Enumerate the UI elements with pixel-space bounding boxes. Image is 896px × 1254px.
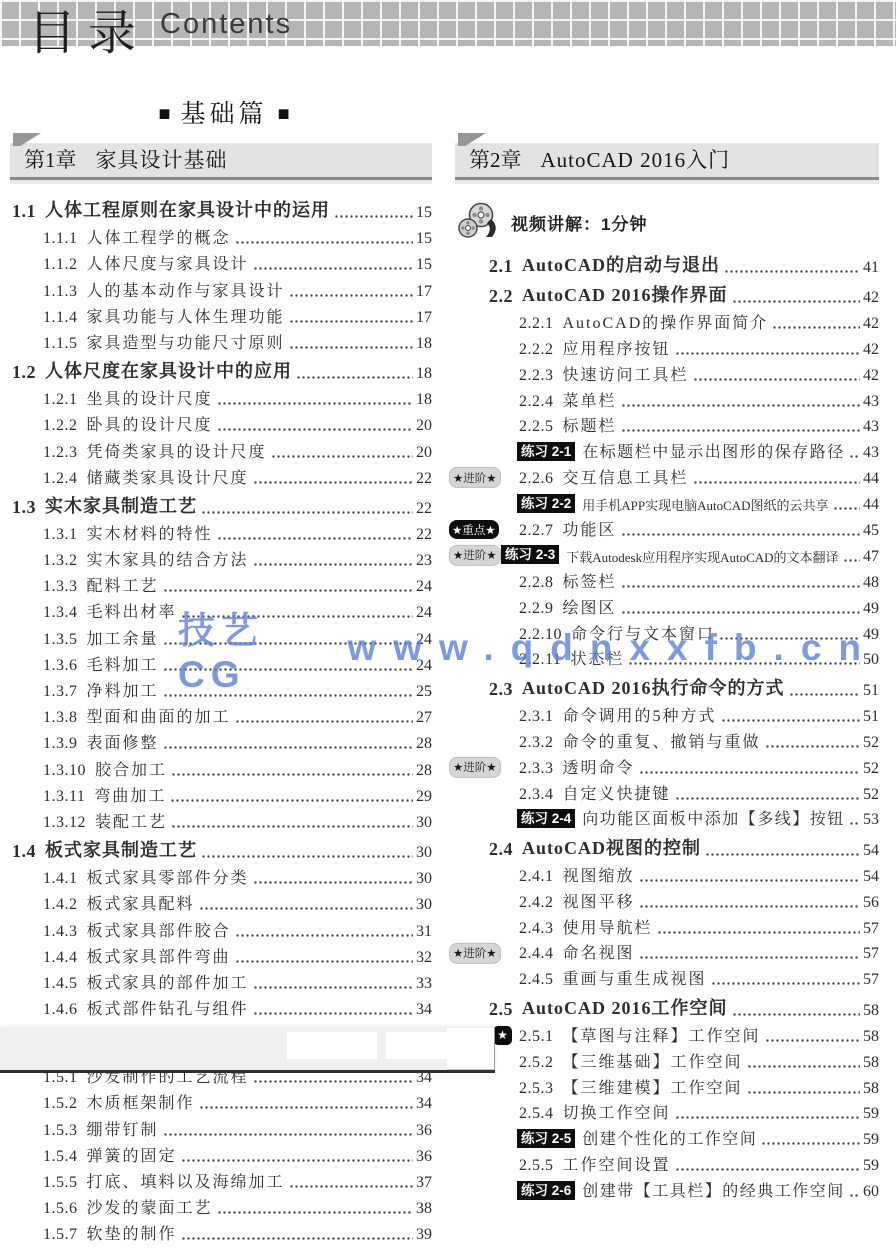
entry-title: 绷带钉制: [87, 1117, 159, 1140]
entry-title: 板式家具部件弯曲: [87, 944, 231, 967]
entry-number: 1.1.4: [43, 309, 78, 327]
toc-entry: 2.2.11状态栏50: [455, 648, 879, 674]
square-marker-right: ■: [278, 103, 290, 125]
entry-title: 实木材料的特性: [87, 521, 213, 544]
entry-number: 2.4.4: [519, 945, 554, 963]
dot-leader: [181, 1157, 413, 1163]
page-number: 32: [416, 949, 432, 967]
toc-entry: 1.5.5打底、填料以及海绵加工37: [10, 1170, 432, 1196]
dot-leader: [621, 402, 860, 408]
toc-entry: 2.2.10命令行与文本窗口49: [455, 622, 879, 648]
toc-entry: 1.4.2板式家具配料30: [10, 892, 432, 918]
page-number: 34: [416, 1001, 432, 1019]
dot-leader: [732, 298, 860, 304]
dot-leader: [170, 797, 413, 803]
dot-leader: [217, 400, 413, 406]
entry-number: 1.2.1: [43, 391, 78, 409]
toc-entry: 1.3.11弯曲加工29: [10, 784, 432, 810]
entry-title: 表面修整: [87, 730, 159, 753]
entry-number: 2.2.2: [519, 341, 554, 359]
advanced-badge: ★进阶★: [449, 942, 501, 963]
page-number: 18: [416, 365, 432, 383]
toc-entry: 1.3.12装配工艺30: [10, 810, 432, 836]
page-number: 24: [416, 657, 432, 675]
toc-entry: 2.2.9绘图区49: [455, 596, 879, 622]
entry-title: 【三维基础】工作空间: [563, 1049, 743, 1072]
dot-leader: [296, 374, 413, 380]
page-number: 15: [416, 204, 432, 222]
entry-number: 2.2.8: [519, 574, 554, 592]
page-number: 45: [863, 522, 879, 540]
entry-title: 储藏类家具设计尺度: [87, 465, 249, 488]
entry-title: 自定义快捷键: [563, 781, 671, 804]
toc-entry: 1.3.6毛料加工24: [10, 653, 432, 679]
toc-entry: 2.2.1AutoCAD的操作界面简介42: [455, 311, 879, 337]
entry-title: AutoCAD的启动与退出: [522, 251, 720, 277]
dot-leader: [235, 932, 413, 938]
entry-number: 2.5.5: [519, 1157, 554, 1175]
advanced-badge: ★进阶★: [449, 545, 501, 566]
toc-entry: 2.3.2命令的重复、撤销与重做52: [455, 730, 879, 756]
toc-entry: 2.3.4自定义快捷键52: [455, 782, 879, 808]
entry-number: 1.4.2: [43, 896, 78, 914]
entry-number: 1.3.12: [43, 814, 86, 832]
entry-title: AutoCAD 2016操作界面: [522, 281, 728, 307]
entry-title: 弹簧的固定: [87, 1143, 177, 1166]
entry-number: 2.4.5: [519, 971, 554, 989]
entry-number: 2.4.1: [519, 868, 554, 886]
entry-title: 板式家具零部件分类: [87, 865, 249, 888]
page-number: 34: [416, 1095, 432, 1113]
page-number: 28: [416, 762, 432, 780]
page-number: 57: [863, 920, 879, 938]
entry-title: 卧具的设计尺度: [87, 412, 213, 435]
toc-entry: 1.3.7净料加工25: [10, 679, 432, 705]
entry-number: 2.2.11: [519, 651, 561, 669]
entry-number: 1.5.7: [43, 1226, 78, 1244]
entry-number: 1.5.4: [43, 1148, 78, 1166]
entry-number: 2.2: [489, 286, 513, 307]
exercise-badge: 练习 2-1: [517, 442, 575, 461]
entry-title: 应用程序按钮: [563, 336, 671, 359]
entry-title: 绘图区: [563, 595, 617, 618]
entry-number: 1.3.6: [43, 657, 78, 675]
dot-leader: [747, 1063, 860, 1069]
entry-number: 1.3.5: [43, 631, 78, 649]
entry-title: 标题栏: [563, 413, 617, 436]
entry-number: 1.4.4: [43, 949, 78, 967]
entry-title: 沙发的蒙面工艺: [87, 1195, 213, 1218]
entry-title: 板式家具配料: [87, 891, 195, 914]
toc-entry: 2.4.2视图平移56: [455, 890, 879, 916]
entry-title: AutoCAD的操作界面简介: [563, 310, 769, 333]
exercise-badge: 练习 2-6: [517, 1181, 575, 1200]
page-number: 17: [416, 309, 432, 327]
page-number: 58: [863, 1080, 879, 1098]
entry-title: 软垫的制作: [87, 1221, 177, 1244]
toc-entry: 1.5.7软垫的制作39: [10, 1222, 432, 1248]
entry-title: 凭倚类家具的设计尺度: [87, 439, 267, 462]
entry-number: 2.1: [489, 256, 513, 277]
entry-title: AutoCAD 2016执行命令的方式: [522, 674, 785, 700]
dot-leader: [171, 823, 413, 829]
page-number: 47: [863, 548, 879, 566]
toc-entry: 1.3.3配料工艺24: [10, 574, 432, 600]
page-title-en: Contents: [160, 8, 292, 41]
toc-entry: 1.3.9表面修整28: [10, 731, 432, 757]
toc-entry: ★进阶★2.3.3透明命令52: [455, 756, 879, 782]
exercise-badge: 练习 2-4: [517, 809, 575, 828]
dot-leader: [253, 879, 413, 885]
entry-title: 实木家具制造工艺: [45, 492, 197, 518]
toc-entry: 1.5.4弹簧的固定36: [10, 1144, 432, 1170]
dot-leader: [761, 1140, 860, 1146]
dot-leader: [849, 1192, 860, 1198]
page-number: 29: [416, 788, 432, 806]
entry-number: 1.2.3: [43, 444, 78, 462]
dot-leader: [721, 717, 860, 723]
page-number: 43: [863, 444, 879, 462]
dot-leader: [849, 820, 860, 826]
dot-leader: [181, 1235, 413, 1241]
entry-number: 1.5.3: [43, 1122, 78, 1140]
chapter-2-column: 第2章 AutoCAD 2016入门 视频讲解：1分钟 2.1AutoCAD: [455, 143, 879, 1205]
page-number: 56: [863, 894, 879, 912]
entry-title: 净料加工: [87, 678, 159, 701]
dot-leader: [253, 984, 413, 990]
page-number: 58: [863, 1054, 879, 1072]
entry-title: 交互信息工具栏: [563, 465, 689, 488]
entry-title: 型面和曲面的加工: [87, 704, 231, 727]
page-number: 25: [416, 683, 432, 701]
entry-number: 1.3.8: [43, 709, 78, 727]
page-number: 44: [863, 496, 879, 514]
entry-title: 加工余量: [87, 626, 159, 649]
entry-title: 人的基本动作与家具设计: [87, 278, 285, 301]
page-number: 24: [416, 631, 432, 649]
dot-leader: [217, 426, 413, 432]
page-number: 22: [416, 526, 432, 544]
dot-leader: [711, 980, 860, 986]
page-number: 22: [416, 470, 432, 488]
toc-entry: 1.1.1人体工程学的概念15: [10, 226, 432, 252]
toc-entry: 2.5.3【三维建模】工作空间58: [455, 1076, 879, 1102]
entry-title: 使用导航栏: [563, 915, 653, 938]
toc-entry: 1.5.2木质框架制作34: [10, 1091, 432, 1117]
dot-leader: [621, 427, 860, 433]
dot-leader: [621, 531, 860, 537]
page-number: 36: [416, 1122, 432, 1140]
page-number: 51: [863, 682, 879, 700]
dot-leader: [289, 1183, 413, 1189]
toc-entry: 2.2.8标签栏48: [455, 570, 879, 596]
entry-number: 1.1.3: [43, 283, 78, 301]
dot-leader: [843, 557, 860, 563]
toc-entry: 1.2.2卧具的设计尺度20: [10, 413, 432, 439]
entry-number: 1.2.4: [43, 470, 78, 488]
entry-title: 命令行与文本窗口: [571, 621, 715, 644]
entry-number: 1.4.6: [43, 1001, 78, 1019]
dot-leader: [765, 1037, 860, 1043]
chapter-name: AutoCAD 2016入门: [541, 148, 731, 172]
dot-leader: [181, 613, 413, 619]
dot-leader: [171, 771, 413, 777]
entry-number: 2.2.7: [519, 522, 554, 540]
entry-number: 1.5.6: [43, 1200, 78, 1218]
dot-leader: [289, 292, 413, 298]
entry-title: 板式部件钻孔与组件: [87, 996, 249, 1019]
entry-number: 1.3.4: [43, 604, 78, 622]
entry-number: 2.2.4: [519, 393, 554, 411]
page-number: 31: [416, 923, 432, 941]
entry-title: 视图平移: [563, 889, 635, 912]
dot-leader: [724, 268, 860, 274]
dot-leader: [675, 1166, 860, 1172]
toc-entry: 2.3AutoCAD 2016执行命令的方式51: [455, 673, 879, 704]
entry-title: 毛料加工: [87, 652, 159, 675]
entry-number: 2.2.10: [519, 626, 562, 644]
toc-entry: 1.2.3凭倚类家具的设计尺度20: [10, 439, 432, 465]
page-number: 43: [863, 393, 879, 411]
entry-number: 1.1.1: [43, 230, 78, 248]
page-number: 52: [863, 734, 879, 752]
entry-title: 人体工程原则在家具设计中的运用: [45, 196, 330, 222]
entry-number: 1.4: [12, 841, 36, 862]
dot-leader: [253, 561, 413, 567]
page-number: 18: [416, 391, 432, 409]
dot-leader: [253, 479, 413, 485]
entry-number: 1.3.10: [43, 762, 86, 780]
dot-leader: [334, 213, 413, 219]
entry-title: 下载Autodesk应用程序实现AutoCAD的文本翻译: [566, 547, 838, 566]
toc-entry: 1.1.2人体尺度与家具设计15: [10, 252, 432, 278]
page-number: 58: [863, 1002, 879, 1020]
dot-leader: [789, 691, 860, 697]
page-number: 30: [416, 896, 432, 914]
page-number: 42: [863, 289, 879, 307]
exercise-badge: 练习 2-5: [517, 1129, 575, 1148]
toc-entry: 2.4.3使用导航栏57: [455, 916, 879, 942]
page-number: 54: [863, 842, 879, 860]
entry-title: 工作空间设置: [563, 1152, 671, 1175]
entry-number: 1.3.7: [43, 683, 78, 701]
entry-number: 1.5.2: [43, 1095, 78, 1113]
toc-entry: ★重点★2.2.7功能区45: [455, 518, 879, 544]
video-reel-icon: [457, 201, 499, 243]
dot-leader: [253, 1078, 413, 1084]
dot-leader: [849, 453, 860, 459]
entry-title: 创建带【工具栏】的经典工作空间: [582, 1178, 845, 1201]
toc-entry: 1.2.4储藏类家具设计尺度22: [10, 466, 432, 492]
page-number: 42: [863, 367, 879, 385]
dot-leader: [235, 718, 413, 724]
entry-title: 家具功能与人体生理功能: [87, 304, 285, 327]
entry-number: 1.3.2: [43, 552, 78, 570]
dot-leader: [833, 505, 860, 511]
toc-entry: 2.5.5工作空间设置59: [455, 1153, 879, 1179]
entry-title: 状态栏: [570, 646, 624, 669]
page-number: 52: [863, 786, 879, 804]
dot-leader: [253, 265, 413, 271]
entry-title: 功能区: [563, 517, 617, 540]
toc-entry: 1.1.4家具功能与人体生理功能17: [10, 305, 432, 331]
page-number: 41: [863, 259, 879, 277]
square-marker-left: ■: [158, 103, 170, 125]
entry-number: 2.5.3: [519, 1080, 554, 1098]
toc-entry: ★进阶★2.4.4命名视图57: [455, 942, 879, 968]
entry-title: 标签栏: [563, 569, 617, 592]
entry-title: 人体工程学的概念: [87, 225, 231, 248]
entry-number: 1.3.3: [43, 578, 78, 596]
dot-leader: [621, 609, 860, 615]
toc-entry: 1.5.6沙发的蒙面工艺38: [10, 1196, 432, 1222]
entry-number: 2.5.1: [519, 1028, 554, 1046]
toc-entry: 1.4.1板式家具零部件分类30: [10, 866, 432, 892]
dot-leader: [675, 350, 860, 356]
page-number: 20: [416, 444, 432, 462]
entry-title: 胶合加工: [95, 757, 167, 780]
toc-entry: ★进阶★练习 2-3下载Autodesk应用程序实现AutoCAD的文本翻译47: [455, 544, 879, 570]
entry-number: 2.3.4: [519, 786, 554, 804]
entry-title: 切换工作空间: [563, 1100, 671, 1123]
entry-number: 2.2.3: [519, 367, 554, 385]
toc-entry: 1.4.4板式家具部件弯曲32: [10, 945, 432, 971]
dot-leader: [235, 239, 413, 245]
toc-entry: ★进阶★2.2.6交互信息工具栏44: [455, 466, 879, 492]
entry-number: 2.3.2: [519, 734, 554, 752]
entry-number: 2.2.9: [519, 600, 554, 618]
toc-entry: 1.3.1实木材料的特性22: [10, 522, 432, 548]
dot-leader: [639, 903, 860, 909]
chapter-1-toc: 1.1人体工程原则在家具设计中的运用151.1.1人体工程学的概念151.1.2…: [10, 196, 432, 1248]
entry-number: 2.3.1: [519, 708, 554, 726]
page-number: 36: [416, 1148, 432, 1166]
toc-entry: 1.3.5加工余量24: [10, 626, 432, 652]
page-number: 44: [863, 470, 879, 488]
page-number: 39: [416, 1226, 432, 1244]
page-number: 51: [863, 708, 879, 726]
page-number: 60: [863, 1183, 879, 1201]
page-number: 59: [863, 1105, 879, 1123]
entry-title: 命令调用的5种方式: [563, 703, 717, 726]
toc-entry: 2.4.5重画与重生成视图57: [455, 967, 879, 993]
page-number: 53: [863, 811, 879, 829]
chapter-1-header: 第1章 家具设计基础: [10, 143, 432, 180]
toc-entry: ★2.5.1【草图与注释】工作空间58: [455, 1024, 879, 1050]
toc-entry: 1.4.5板式家具的部件加工33: [10, 971, 432, 997]
chapter-2-toc: 2.1AutoCAD的启动与退出412.2AutoCAD 2016操作界面422…: [455, 250, 879, 1205]
entry-title: 配料工艺: [87, 573, 159, 596]
entry-title: 菜单栏: [563, 388, 617, 411]
entry-title: 创建个性化的工作空间: [582, 1126, 757, 1149]
entry-number: 1.1: [12, 201, 36, 222]
toc-entry: 1.3.4毛料出材率24: [10, 600, 432, 626]
entry-title: 人体尺度与家具设计: [87, 251, 249, 274]
advanced-badge: ★进阶★: [449, 467, 501, 488]
chapter-2-header: 第2章 AutoCAD 2016入门: [455, 143, 879, 180]
page-number: 33: [416, 975, 432, 993]
toc-entry: 2.2.2应用程序按钮42: [455, 337, 879, 363]
entry-title: 实木家具的结合方法: [87, 547, 249, 570]
toc-entry: 练习 2-4向功能区面板中添加【多线】按钮53: [455, 808, 879, 834]
video-note: 视频讲解：1分钟: [457, 200, 879, 244]
dot-leader: [289, 344, 413, 350]
entry-number: 1.3.11: [43, 788, 85, 806]
page-number: 49: [863, 626, 879, 644]
page-number: 42: [863, 315, 879, 333]
dot-leader: [199, 905, 413, 911]
dot-leader: [765, 743, 860, 749]
entry-title: 向功能区面板中添加【多线】按钮: [582, 806, 845, 829]
page-number: 15: [416, 230, 432, 248]
page-number: 57: [863, 945, 879, 963]
toc-entry: 1.3.2实木家具的结合方法23: [10, 548, 432, 574]
page-number: 48: [863, 574, 879, 592]
page-title-zh: 目录: [28, 0, 148, 63]
dot-leader: [719, 635, 860, 641]
page-number: 27: [416, 709, 432, 727]
advanced-badge: ★进阶★: [449, 757, 501, 778]
page-number: 54: [863, 868, 879, 886]
dot-leader: [163, 692, 413, 698]
toc-entry: 2.4AutoCAD视图的控制54: [455, 833, 879, 864]
toc-entry: 2.2AutoCAD 2016操作界面42: [455, 281, 879, 312]
page-number: 59: [863, 1157, 879, 1175]
entry-number: 1.1.5: [43, 335, 78, 353]
entry-number: 2.2.6: [519, 470, 554, 488]
page-number: 43: [863, 418, 879, 436]
dot-leader: [675, 1114, 860, 1120]
toc-entry: 1.3.10胶合加工28: [10, 757, 432, 783]
toc-entry: 1.1人体工程原则在家具设计中的运用15: [10, 196, 432, 226]
dot-leader: [747, 1089, 860, 1095]
dot-leader: [163, 587, 413, 593]
entry-number: 2.2.1: [519, 315, 554, 333]
entry-title: 家具造型与功能尺寸原则: [87, 330, 285, 353]
entry-number: 2.3: [489, 679, 513, 700]
overlay-band: [0, 1028, 495, 1073]
entry-number: 2.4.3: [519, 920, 554, 938]
video-note-label: 视频讲解：1分钟: [511, 210, 647, 235]
dot-leader: [772, 324, 860, 330]
dot-leader: [253, 1010, 413, 1016]
chapter-name: 家具设计基础: [96, 148, 228, 172]
page-number: 37: [416, 1174, 432, 1192]
entry-number: 2.3.3: [519, 760, 554, 778]
toc-entry: 1.2人体尺度在家具设计中的应用18: [10, 357, 432, 387]
toc-entry: 1.4.6板式部件钻孔与组件34: [10, 997, 432, 1023]
dot-leader: [163, 640, 413, 646]
entry-title: 人体尺度在家具设计中的应用: [45, 357, 292, 383]
toc-entry: 2.2.4菜单栏43: [455, 389, 879, 415]
page-number: 30: [416, 870, 432, 888]
dot-leader: [675, 795, 860, 801]
dot-leader: [639, 769, 860, 775]
dot-leader: [628, 660, 860, 666]
entry-title: 视图缩放: [563, 863, 635, 886]
entry-title: 装配工艺: [95, 809, 167, 832]
dot-leader: [621, 583, 860, 589]
entry-title: AutoCAD 2016工作空间: [522, 994, 728, 1020]
dot-leader: [201, 853, 413, 859]
entry-title: 重画与重生成视图: [563, 966, 707, 989]
toc-entry: 练习 2-1在标题栏中显示出图形的保存路径43: [455, 440, 879, 466]
toc-entry: 练习 2-2用手机APP实现电脑AutoCAD图纸的云共享44: [455, 492, 879, 518]
entry-title: 【草图与注释】工作空间: [563, 1023, 761, 1046]
entry-title: 用手机APP实现电脑AutoCAD图纸的云共享: [582, 495, 828, 514]
page-number: 20: [416, 417, 432, 435]
entry-number: 1.3: [12, 497, 36, 518]
